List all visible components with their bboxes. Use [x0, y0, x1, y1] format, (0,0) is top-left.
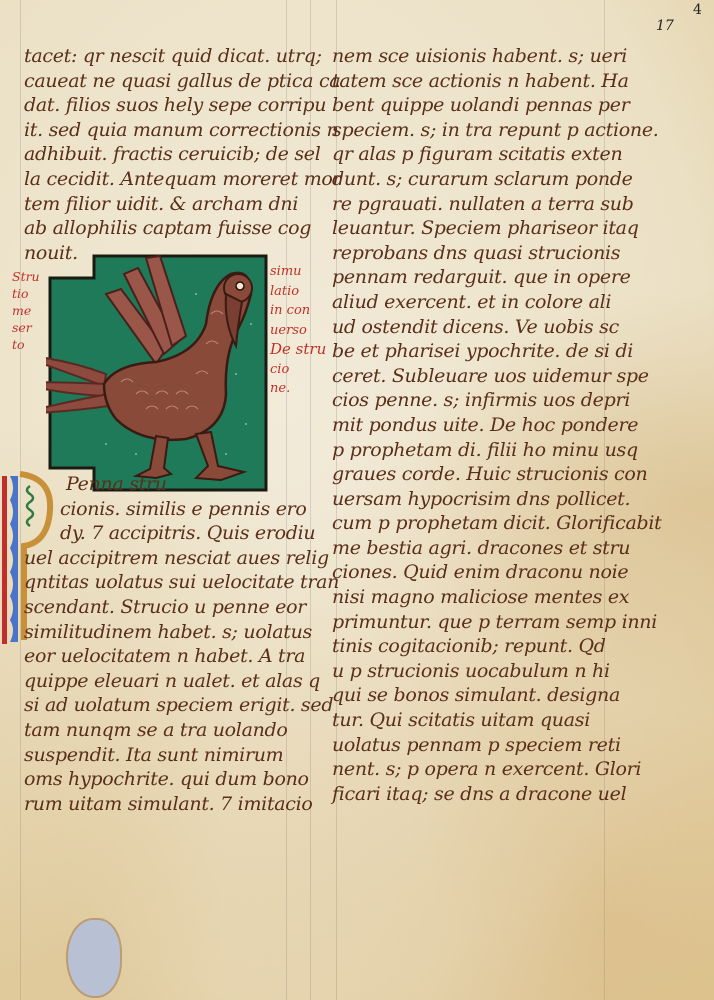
- text-line: pennam redarguit. que in opere: [332, 265, 602, 290]
- text-line: cionis. similis e pennis ero: [24, 497, 286, 522]
- text-line: me bestia agri. dracones et stru: [332, 536, 602, 561]
- ostrich-miniature-illustration: [46, 254, 268, 492]
- text-line: tatem sce actionis n habent. Ha: [332, 69, 602, 94]
- text-line: dat. filios suos hely sepe corripu: [24, 93, 286, 118]
- right-column: nem sce uisionis habent. s; ueri tatem s…: [332, 44, 602, 806]
- text-line: graues corde. Huic strucionis con: [332, 462, 602, 487]
- text-line: nem sce uisionis habent. s; ueri: [332, 44, 602, 69]
- text-line: eor uelocitatem n habet. A tra: [24, 644, 286, 669]
- text-line: ceret. Subleuare uos uidemur spe: [332, 364, 602, 389]
- text-line: nent. s; p opera n exercent. Glori: [332, 757, 602, 782]
- text-line: qntitas uolatus sui uelocitate tran: [24, 570, 286, 595]
- parchment-hole: [68, 920, 120, 996]
- manuscript-page: 17 4 tacet: qr nescit quid dicat. utrq; …: [0, 0, 714, 1000]
- text-line: cum p prophetam dicit. Glorificabit: [332, 511, 602, 536]
- text-line: ud ostendit dicens. Ve uobis sc: [332, 315, 602, 340]
- rubric-right: simu latio in con uerso De stru cio ne.: [270, 262, 326, 399]
- rubric-line: in con: [270, 301, 326, 321]
- corner-mark: 4: [693, 2, 702, 18]
- rubric-line: simu: [270, 262, 326, 282]
- text-line: mit pondus uite. De hoc pondere: [332, 413, 602, 438]
- rubric-left: Stru tio me ser to: [12, 268, 40, 353]
- left-column-top: tacet: qr nescit quid dicat. utrq; cauea…: [24, 44, 286, 265]
- text-line: aliud exercent. et in colore ali: [332, 290, 602, 315]
- text-line: p prophetam di. filii ho minu usq: [332, 438, 602, 463]
- text-line: re pgrauati. nullaten a terra sub: [332, 192, 602, 217]
- text-line: Penna stru: [24, 472, 286, 497]
- text-line: reprobans dns quasi strucionis: [332, 241, 602, 266]
- text-line: ab allophilis captam fuisse cog: [24, 216, 286, 241]
- text-line: tur. Qui scitatis uitam quasi: [332, 708, 602, 733]
- text-line: primuntur. que p terram semp inni: [332, 610, 602, 635]
- text-line: oms hypochrite. qui dum bono: [24, 767, 286, 792]
- text-line: uersam hypocrisim dns pollicet.: [332, 487, 602, 512]
- text-line: suspendit. Ita sunt nimirum: [24, 743, 286, 768]
- text-line: ciones. Quid enim draconu noie: [332, 560, 602, 585]
- rubric-line: cio: [270, 360, 326, 380]
- text-line: rum uitam simulant. 7 imitacio: [24, 792, 286, 817]
- rubric-line: uerso: [270, 321, 326, 341]
- text-line: dunt. s; curarum sclarum ponde: [332, 167, 602, 192]
- text-line: si ad uolatum speciem erigit. sed: [24, 693, 286, 718]
- text-line: u p strucionis uocabulum n hi: [332, 659, 602, 684]
- text-line: bent quippe uolandi pennas per: [332, 93, 602, 118]
- rubric-line: Stru: [12, 268, 40, 285]
- rubric-line: ne.: [270, 379, 326, 399]
- text-line: adhibuit. fractis ceruicib; de sel: [24, 142, 286, 167]
- text-line: quippe eleuari n ualet. et alas q: [24, 669, 286, 694]
- text-line: it. sed quia manum correctionis n: [24, 118, 286, 143]
- folio-number: 17: [656, 18, 674, 34]
- text-line: cios penne. s; infirmis uos depri: [332, 388, 602, 413]
- text-line: tinis cogitacionib; repunt. Qd: [332, 634, 602, 659]
- text-line: scendant. Strucio u penne eor: [24, 595, 286, 620]
- left-column-bottom: Penna stru cionis. similis e pennis ero …: [24, 472, 286, 816]
- text-line: tem filior uidit. & archam dni: [24, 192, 286, 217]
- text-line: qr alas p figuram scitatis exten: [332, 142, 602, 167]
- rubric-line: to: [12, 336, 40, 353]
- text-line: nisi magno maliciose mentes ex: [332, 585, 602, 610]
- rubric-line: latio: [270, 282, 326, 302]
- rubric-line: tio: [12, 285, 40, 302]
- rubric-line: ser: [12, 319, 40, 336]
- text-line: be et pharisei ypochrite. de si di: [332, 339, 602, 364]
- text-line: speciem. s; in tra repunt p actione.: [332, 118, 602, 143]
- rubric-line: me: [12, 302, 40, 319]
- text-line: tam nunqm se a tra uolando: [24, 718, 286, 743]
- text-line: la cecidit. Antequam moreret mor: [24, 167, 286, 192]
- rubric-line: De stru: [270, 340, 326, 360]
- text-line: ficari itaq; se dns a dracone uel: [332, 782, 602, 807]
- text-line: uolatus pennam p speciem reti: [332, 733, 602, 758]
- text-line: leuantur. Speciem phariseor itaq: [332, 216, 602, 241]
- text-line: similitudinem habet. s; uolatus: [24, 620, 286, 645]
- text-line: tacet: qr nescit quid dicat. utrq;: [24, 44, 286, 69]
- text-line: dy. 7 accipitris. Quis erodiu: [24, 521, 286, 546]
- text-line: uel accipitrem nesciat aues relig: [24, 546, 286, 571]
- text-line: caueat ne quasi gallus de ptica ca: [24, 69, 286, 94]
- text-line: qui se bonos simulant. designa: [332, 683, 602, 708]
